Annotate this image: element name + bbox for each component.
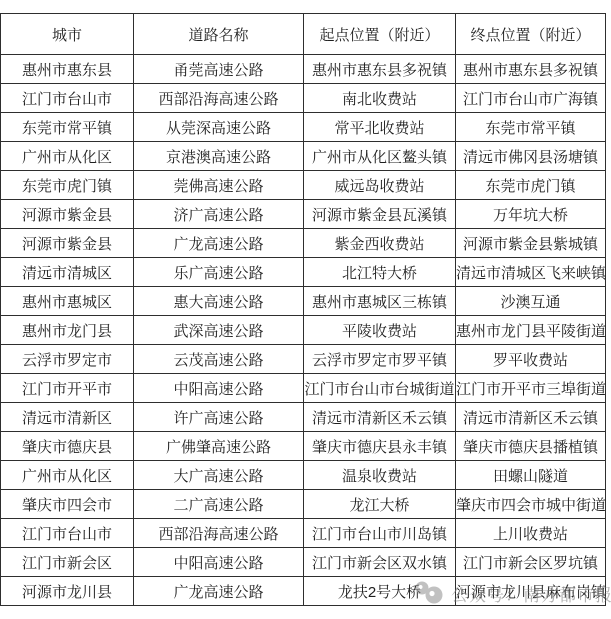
cell-start-location: 龙扶2号大桥	[304, 577, 456, 606]
column-header-start-location: 起点位置（附近）	[304, 14, 456, 55]
cell-start-location: 河源市紫金县瓦溪镇	[304, 200, 456, 229]
cell-city: 江门市开平市	[1, 374, 134, 403]
cell-end-location: 沙澳互通	[456, 287, 606, 316]
cell-end-location: 东莞市虎门镇	[456, 171, 606, 200]
table-row: 江门市台山市 西部沿海高速公路 南北收费站 江门市台山市广海镇	[1, 84, 606, 113]
cell-end-location: 江门市开平市三埠街道	[456, 374, 606, 403]
cell-city: 河源市紫金县	[1, 200, 134, 229]
cell-city: 肇庆市四会市	[1, 490, 134, 519]
cell-start-location: 江门市台山市川岛镇	[304, 519, 456, 548]
cell-start-location: 肇庆市德庆县永丰镇	[304, 432, 456, 461]
cell-city: 广州市从化区	[1, 461, 134, 490]
cell-end-location: 江门市台山市广海镇	[456, 84, 606, 113]
cell-end-location: 万年坑大桥	[456, 200, 606, 229]
header-row: 城市 道路名称 起点位置（附近） 终点位置（附近）	[1, 14, 606, 55]
cell-end-location: 东莞市常平镇	[456, 113, 606, 142]
table-row: 肇庆市四会市 二广高速公路 龙江大桥 肇庆市四会市城中街道	[1, 490, 606, 519]
column-header-city: 城市	[1, 14, 134, 55]
cell-road-name: 京港澳高速公路	[134, 142, 304, 171]
table-row: 清远市清新区 许广高速公路 清远市清新区禾云镇 清远市清新区禾云镇	[1, 403, 606, 432]
cell-city: 江门市新会区	[1, 548, 134, 577]
table-row: 肇庆市德庆县 广佛肇高速公路 肇庆市德庆县永丰镇 肇庆市德庆县播植镇	[1, 432, 606, 461]
cell-end-location: 河源市紫金县紫城镇	[456, 229, 606, 258]
page: 城市 道路名称 起点位置（附近） 终点位置（附近） 惠州市惠东县 甬莞高速公路 …	[0, 0, 611, 619]
cell-road-name: 中阳高速公路	[134, 374, 304, 403]
cell-road-name: 西部沿海高速公路	[134, 519, 304, 548]
cell-road-name: 莞佛高速公路	[134, 171, 304, 200]
cell-road-name: 甬莞高速公路	[134, 55, 304, 84]
cell-city: 江门市台山市	[1, 519, 134, 548]
cell-start-location: 北江特大桥	[304, 258, 456, 287]
cell-city: 清远市清城区	[1, 258, 134, 287]
table-row: 云浮市罗定市 云茂高速公路 云浮市罗定市罗平镇 罗平收费站	[1, 345, 606, 374]
cell-city: 惠州市龙门县	[1, 316, 134, 345]
table-row: 东莞市虎门镇 莞佛高速公路 威远岛收费站 东莞市虎门镇	[1, 171, 606, 200]
cell-city: 云浮市罗定市	[1, 345, 134, 374]
cell-road-name: 武深高速公路	[134, 316, 304, 345]
cell-start-location: 云浮市罗定市罗平镇	[304, 345, 456, 374]
cell-end-location: 惠州市惠东县多祝镇	[456, 55, 606, 84]
cell-city: 惠州市惠东县	[1, 55, 134, 84]
cell-end-location: 肇庆市四会市城中街道	[456, 490, 606, 519]
table-row: 广州市从化区 大广高速公路 温泉收费站 田螺山隧道	[1, 461, 606, 490]
table-body: 惠州市惠东县 甬莞高速公路 惠州市惠东县多祝镇 惠州市惠东县多祝镇 江门市台山市…	[1, 55, 606, 606]
cell-start-location: 广州市从化区鳌头镇	[304, 142, 456, 171]
cell-start-location: 温泉收费站	[304, 461, 456, 490]
cell-end-location: 肇庆市德庆县播植镇	[456, 432, 606, 461]
table-row: 江门市新会区 中阳高速公路 江门市新会区双水镇 江门市新会区罗坑镇	[1, 548, 606, 577]
cell-end-location: 罗平收费站	[456, 345, 606, 374]
cell-end-location: 惠州市龙门县平陵街道	[456, 316, 606, 345]
cell-road-name: 广龙高速公路	[134, 229, 304, 258]
cell-road-name: 惠大高速公路	[134, 287, 304, 316]
cell-end-location: 田螺山隧道	[456, 461, 606, 490]
cell-road-name: 西部沿海高速公路	[134, 84, 304, 113]
cell-start-location: 紫金西收费站	[304, 229, 456, 258]
cell-city: 河源市龙川县	[1, 577, 134, 606]
cell-city: 江门市台山市	[1, 84, 134, 113]
cell-road-name: 中阳高速公路	[134, 548, 304, 577]
cell-city: 清远市清新区	[1, 403, 134, 432]
cell-end-location: 清远市清城区飞来峡镇	[456, 258, 606, 287]
cell-start-location: 南北收费站	[304, 84, 456, 113]
cell-start-location: 惠州市惠东县多祝镇	[304, 55, 456, 84]
cell-start-location: 江门市新会区双水镇	[304, 548, 456, 577]
cell-end-location: 江门市新会区罗坑镇	[456, 548, 606, 577]
cell-end-location: 上川收费站	[456, 519, 606, 548]
cell-start-location: 常平北收费站	[304, 113, 456, 142]
cell-road-name: 广佛肇高速公路	[134, 432, 304, 461]
cell-start-location: 龙江大桥	[304, 490, 456, 519]
cell-start-location: 惠州市惠城区三栋镇	[304, 287, 456, 316]
cell-road-name: 许广高速公路	[134, 403, 304, 432]
cell-city: 河源市紫金县	[1, 229, 134, 258]
cell-city: 东莞市常平镇	[1, 113, 134, 142]
table-row: 江门市台山市 西部沿海高速公路 江门市台山市川岛镇 上川收费站	[1, 519, 606, 548]
table-row: 清远市清城区 乐广高速公路 北江特大桥 清远市清城区飞来峡镇	[1, 258, 606, 287]
cell-start-location: 威远岛收费站	[304, 171, 456, 200]
cell-city: 肇庆市德庆县	[1, 432, 134, 461]
cell-city: 广州市从化区	[1, 142, 134, 171]
cell-road-name: 从莞深高速公路	[134, 113, 304, 142]
column-header-road-name: 道路名称	[134, 14, 304, 55]
cell-road-name: 乐广高速公路	[134, 258, 304, 287]
table-row: 惠州市惠东县 甬莞高速公路 惠州市惠东县多祝镇 惠州市惠东县多祝镇	[1, 55, 606, 84]
table-row: 河源市紫金县 广龙高速公路 紫金西收费站 河源市紫金县紫城镇	[1, 229, 606, 258]
cell-end-location: 清远市清新区禾云镇	[456, 403, 606, 432]
table-row: 东莞市常平镇 从莞深高速公路 常平北收费站 东莞市常平镇	[1, 113, 606, 142]
cell-start-location: 平陵收费站	[304, 316, 456, 345]
table-row: 河源市紫金县 济广高速公路 河源市紫金县瓦溪镇 万年坑大桥	[1, 200, 606, 229]
table-row: 江门市开平市 中阳高速公路 江门市台山市台城街道 江门市开平市三埠街道	[1, 374, 606, 403]
cell-end-location: 清远市佛冈县汤塘镇	[456, 142, 606, 171]
cell-road-name: 二广高速公路	[134, 490, 304, 519]
cell-road-name: 济广高速公路	[134, 200, 304, 229]
table-row: 广州市从化区 京港澳高速公路 广州市从化区鳌头镇 清远市佛冈县汤塘镇	[1, 142, 606, 171]
cell-city: 东莞市虎门镇	[1, 171, 134, 200]
table-row: 河源市龙川县 广龙高速公路 龙扶2号大桥 河源市龙川县麻布岗镇	[1, 577, 606, 606]
column-header-end-location: 终点位置（附近）	[456, 14, 606, 55]
road-closure-table: 城市 道路名称 起点位置（附近） 终点位置（附近） 惠州市惠东县 甬莞高速公路 …	[0, 13, 606, 606]
cell-start-location: 江门市台山市台城街道	[304, 374, 456, 403]
cell-road-name: 广龙高速公路	[134, 577, 304, 606]
table-row: 惠州市龙门县 武深高速公路 平陵收费站 惠州市龙门县平陵街道	[1, 316, 606, 345]
cell-road-name: 大广高速公路	[134, 461, 304, 490]
table-row: 惠州市惠城区 惠大高速公路 惠州市惠城区三栋镇 沙澳互通	[1, 287, 606, 316]
cell-city: 惠州市惠城区	[1, 287, 134, 316]
cell-end-location: 河源市龙川县麻布岗镇	[456, 577, 606, 606]
cell-road-name: 云茂高速公路	[134, 345, 304, 374]
cell-start-location: 清远市清新区禾云镇	[304, 403, 456, 432]
